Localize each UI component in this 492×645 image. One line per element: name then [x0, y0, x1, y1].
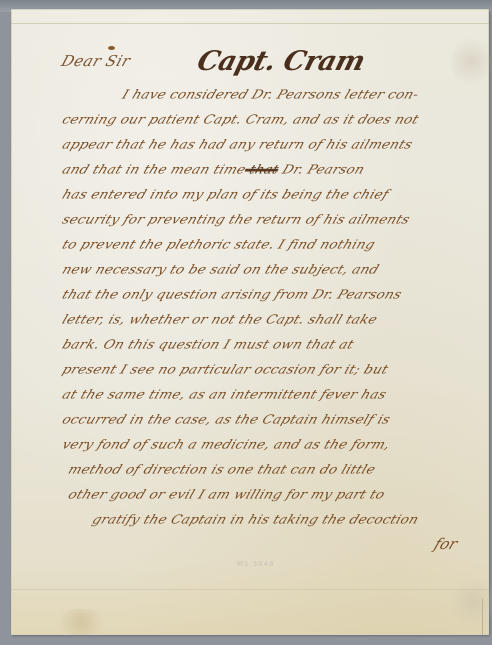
ink-blot [108, 46, 115, 50]
letter-heading: Capt. Cram [194, 46, 368, 77]
line-text: occurred in the case, as the Captain him… [60, 412, 392, 427]
letter-line: new necessary to be said on the subject,… [60, 262, 381, 277]
line-text: very fond of such a medicine, and as the… [60, 437, 392, 452]
line-text: cerning our patient Capt. Cram, and as i… [60, 112, 421, 127]
paper-top-crease [11, 23, 489, 24]
letter-line: present I see no particular occasion for… [60, 362, 390, 377]
letter-line: and that in the mean time that Dr. Pears… [60, 162, 367, 177]
letter-line: appear that he has had any return of his… [60, 137, 415, 152]
line-text: security for preventing the return of hi… [60, 212, 412, 227]
letter-line: bark. On this question I must own that a… [60, 337, 356, 352]
line-text: and that in the mean time [60, 162, 248, 177]
line-text: has entered into my plan of its being th… [60, 187, 391, 202]
paper-bottom-crease [11, 589, 489, 590]
line-text: gratify the Captain in his taking the de… [90, 512, 421, 527]
letter-line: letter, is, whether or not the Capt. sha… [60, 312, 379, 327]
letter-line: gratify the Captain in his taking the de… [90, 512, 421, 527]
line-text: present I see no particular occasion for… [60, 362, 390, 377]
letter-line: cerning our patient Capt. Cram, and as i… [60, 112, 421, 127]
paper-stain-bottom-right [451, 574, 492, 629]
line-text: I have considered Dr. Pearsons letter co… [120, 87, 421, 102]
letter-line: I have considered Dr. Pearsons letter co… [120, 87, 421, 102]
line-text: that the only question arising from Dr. … [60, 287, 404, 302]
letter-line: method of direction is one that can do l… [66, 462, 378, 477]
letter-line: very fond of such a medicine, and as the… [60, 437, 392, 452]
letter-line: other good or evil I am willing for my p… [66, 487, 387, 502]
letter-line: security for preventing the return of hi… [60, 212, 412, 227]
line-text: bark. On this question I must own that a… [60, 337, 356, 352]
letter-line: has entered into my plan of its being th… [60, 187, 391, 202]
archive-mark: MS 3048 [237, 560, 275, 568]
line-text: at the same time, as an intermittent fev… [60, 387, 388, 402]
line-text: appear that he has had any return of his… [60, 137, 415, 152]
line-text: other good or evil I am willing for my p… [66, 487, 387, 502]
line-text-after: Dr. Pearson [276, 162, 367, 177]
line-text: method of direction is one that can do l… [66, 462, 378, 477]
line-text: to prevent the plethoric state. I find n… [60, 237, 377, 252]
letter-line: occurred in the case, as the Captain him… [60, 412, 392, 427]
paper-stain-bottom-left [51, 609, 111, 635]
line-text: new necessary to be said on the subject,… [60, 262, 381, 277]
line-text: letter, is, whether or not the Capt. sha… [60, 312, 379, 327]
salutation: Dear Sir [59, 52, 133, 70]
letter-line: to prevent the plethoric state. I find n… [60, 237, 377, 252]
letter-line: at the same time, as an intermittent fev… [60, 387, 388, 402]
paper-stain-top-right [451, 34, 491, 89]
letter-line: that the only question arising from Dr. … [60, 287, 404, 302]
